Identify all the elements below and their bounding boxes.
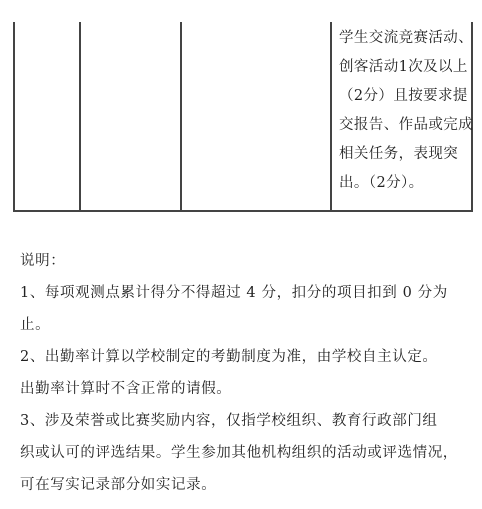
cell-line: 创客活动1次及以上	[339, 53, 473, 82]
column-divider-2	[180, 22, 182, 210]
notes-section: 说明： 1、每项观测点累计得分不得超过 4 分，扣分的项目扣到 0 分为 止。 …	[20, 245, 470, 501]
column-divider-1	[79, 22, 81, 210]
note-line: 出勤率计算时不含正常的请假。	[20, 373, 470, 405]
table-cell-criteria-text: 学生交流竞赛活动、 创客活动1次及以上 （2分）且按要求提 交报告、作品或完成 …	[339, 24, 473, 198]
note-line: 织或认可的评选结果。学生参加其他机构组织的活动或评选情况，	[20, 437, 470, 469]
note-line: 1、每项观测点累计得分不得超过 4 分，扣分的项目扣到 0 分为	[20, 277, 470, 309]
cell-line: 出。（2分）。	[339, 169, 473, 198]
cell-line: 交报告、作品或完成	[339, 111, 473, 140]
cell-line: 相关任务，表现突	[339, 140, 473, 169]
note-line: 可在写实记录部分如实记录。	[20, 469, 470, 501]
criteria-table-fragment: 学生交流竞赛活动、 创客活动1次及以上 （2分）且按要求提 交报告、作品或完成 …	[13, 22, 473, 212]
cell-line: 学生交流竞赛活动、	[339, 24, 473, 53]
note-line: 2、出勤率计算以学校制定的考勤制度为准，由学校自主认定。	[20, 341, 470, 373]
cell-line: （2分）且按要求提	[339, 82, 473, 111]
note-line: 3、涉及荣誉或比赛奖励内容，仅指学校组织、教育行政部门组	[20, 405, 470, 437]
column-divider-3	[330, 22, 332, 210]
note-line: 止。	[20, 309, 470, 341]
notes-heading: 说明：	[20, 245, 470, 277]
